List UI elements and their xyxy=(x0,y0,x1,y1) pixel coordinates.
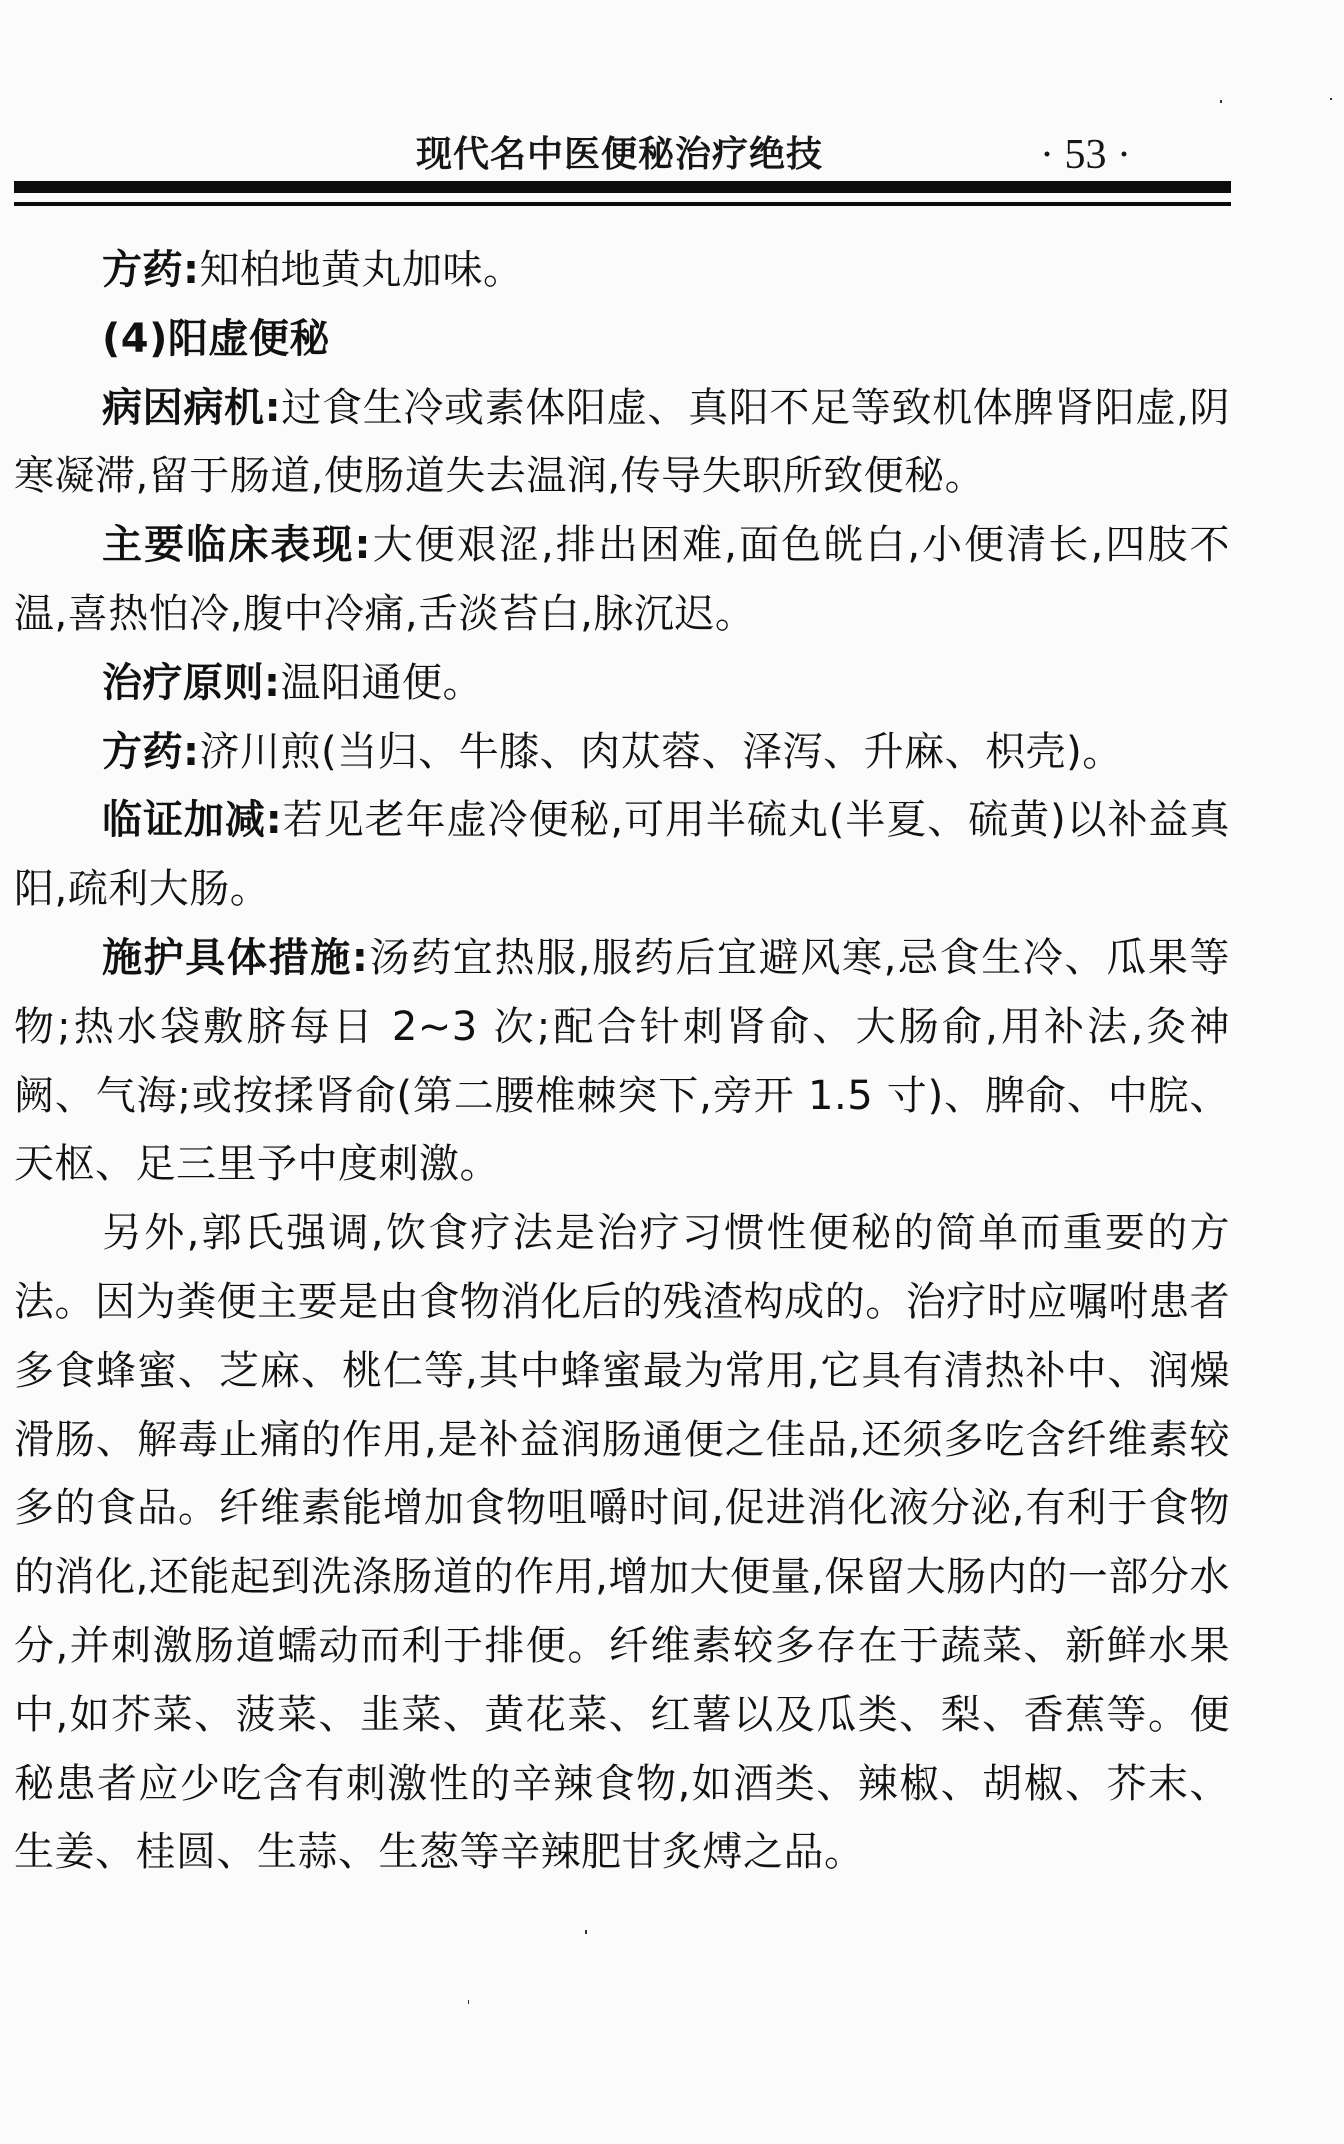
paragraph-principle: 治疗原则:温阳通便。 xyxy=(14,649,1230,718)
paragraph-formula: 方药:知柏地黄丸加味。 xyxy=(14,236,1230,305)
term-label: 主要临床表现: xyxy=(102,522,371,568)
body-text: 方药:知柏地黄丸加味。 (4)阳虚便秘 病因病机:过食生冷或素体阳虚、真阳不足等… xyxy=(14,236,1230,1887)
scan-speck xyxy=(468,2000,469,2004)
paragraph-modification: 临证加减:若见老年虚冷便秘,可用半硫丸(半夏、硫黄)以补益真阳,疏利大肠。 xyxy=(14,786,1230,924)
paragraph-prescription: 方药:济川煎(当归、牛膝、肉苁蓉、泽泻、升麻、枳壳)。 xyxy=(14,718,1230,787)
scan-speck xyxy=(585,1930,587,1934)
paragraph-text: 温阳通便。 xyxy=(281,660,484,706)
paragraph-nursing: 施护具体措施:汤药宜热服,服药后宜避风寒,忌食生冷、瓜果等物;热水袋敷脐每日 2… xyxy=(14,924,1230,1199)
paragraph-etiology: 病因病机:过食生冷或素体阳虚、真阳不足等致机体脾肾阳虚,阴寒凝滞,留于肠道,使肠… xyxy=(14,374,1230,512)
paragraph-text: 知柏地黄丸加味。 xyxy=(200,247,524,293)
term-label: 临证加减: xyxy=(102,797,282,843)
section-heading: (4)阳虚便秘 xyxy=(14,305,1230,374)
paragraph-symptoms: 主要临床表现:大便艰涩,排出困难,面色㿠白,小便清长,四肢不温,喜热怕冷,腹中冷… xyxy=(14,511,1230,649)
page-number: · 53 · xyxy=(1040,130,1131,180)
paragraph-diet: 另外,郭氏强调,饮食疗法是治疗习惯性便秘的简单而重要的方法。因为粪便主要是由食物… xyxy=(14,1199,1230,1887)
running-title: 现代名中医便秘治疗绝技 xyxy=(416,130,823,180)
header-rule-thin xyxy=(14,202,1231,206)
term-label: 治疗原则: xyxy=(102,660,281,706)
term-label: 方药: xyxy=(102,247,200,293)
term-label: 施护具体措施: xyxy=(102,935,368,981)
scan-speck xyxy=(1330,98,1332,100)
term-label: 病因病机: xyxy=(102,385,281,431)
term-label: 方药: xyxy=(102,729,200,775)
running-header: 现代名中医便秘治疗绝技 · 53 · xyxy=(0,130,1344,180)
paragraph-text: 济川煎(当归、牛膝、肉苁蓉、泽泻、升麻、枳壳)。 xyxy=(200,729,1123,775)
scan-speck xyxy=(1220,100,1222,103)
header-rule-thick xyxy=(14,181,1231,193)
paragraph-text: 另外,郭氏强调,饮食疗法是治疗习惯性便秘的简单而重要的方法。因为粪便主要是由食物… xyxy=(14,1210,1230,1875)
